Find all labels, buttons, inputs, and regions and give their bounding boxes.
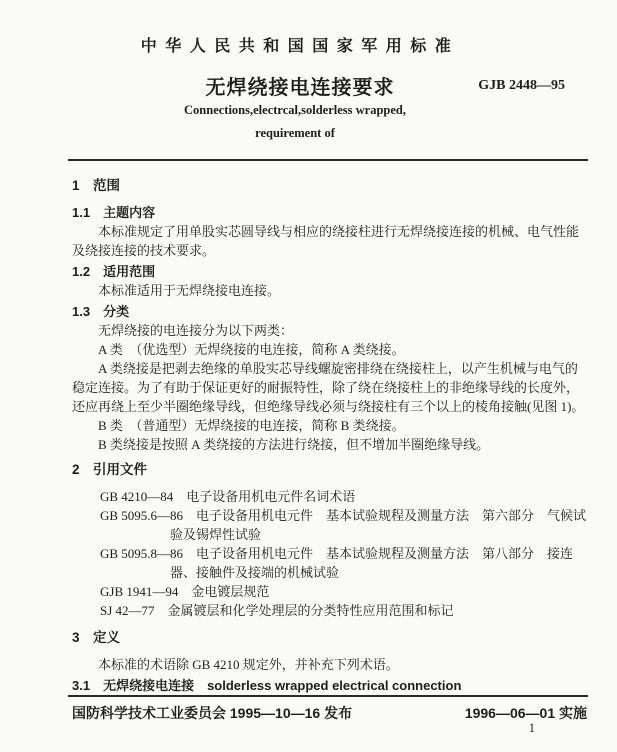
class-a-description: A 类绕接是把剥去绝缘的单股实芯导线螺旋密排绕在绕接柱上，以产生机械与电气的稳定… xyxy=(72,359,589,416)
document-footer: 国防科学技术工业委员会 1995—10—16 发布 1996—06—01 实施 xyxy=(72,703,587,723)
reference-item: GB 4210—84 电子设备用机电元件名词术语 xyxy=(100,487,589,506)
section-1-2-heading: 1.2 适用范围 xyxy=(72,262,589,281)
section-1-1-heading: 1.1 主题内容 xyxy=(72,203,589,222)
section-1-2-paragraph: 本标准适用于无焊绕接电连接。 xyxy=(72,281,589,300)
section-3-intro: 本标准的术语除 GB 4210 规定外，并补充下列术语。 xyxy=(72,655,589,674)
english-subtitle-line2: requirement of xyxy=(0,126,590,141)
section-3-1-term: 3.1 无焊绕接电连接 solderless wrapped electrica… xyxy=(72,676,589,695)
section-3-heading: 3 定义 xyxy=(72,628,589,647)
reference-item: GJB 1941—94 金电镀层规范 xyxy=(100,582,589,601)
section-1-3-heading: 1.3 分类 xyxy=(72,302,589,321)
issued-by-and-date: 国防科学技术工业委员会 1995—10—16 发布 xyxy=(72,703,352,723)
section-scope: 1 范围 1.1 主题内容 本标准规定了用单股实芯圆导线与相应的绕接柱进行无焊绕… xyxy=(72,176,589,454)
section-definitions: 3 定义 本标准的术语除 GB 4210 规定外，并补充下列术语。 3.1 无焊… xyxy=(72,628,589,695)
footer-divider xyxy=(68,695,588,697)
section-2-heading: 2 引用文件 xyxy=(72,460,589,479)
reference-list: GB 4210—84 电子设备用机电元件名词术语 GB 5095.6—86 电子… xyxy=(100,487,589,620)
section-references: 2 引用文件 GB 4210—84 电子设备用机电元件名词术语 GB 5095.… xyxy=(72,460,589,620)
class-a-label: A 类 （优选型）无焊绕接的电连接，简称 A 类绕接。 xyxy=(72,340,589,359)
class-b-description: B 类绕接是按照 A 类绕接的方法进行绕接，但不增加半圈绝缘导线。 xyxy=(72,435,589,454)
section-1-3-intro: 无焊绕接的电连接分为以下两类： xyxy=(72,321,589,340)
standard-number: GJB 2448—95 xyxy=(478,78,565,94)
english-subtitle-line1: Connections,electrcal,solderless wrapped… xyxy=(0,103,590,118)
page-number: 1 xyxy=(529,721,535,736)
standard-class-heading: 中华人民共和国国家军用标准 xyxy=(0,33,600,56)
effective-date: 1996—06—01 实施 xyxy=(465,703,587,723)
reference-item: GB 5095.8—86 电子设备用机电元件 基本试验规程及测量方法 第八部分 … xyxy=(100,544,589,582)
reference-item: SJ 42—77 金属镀层和化学处理层的分类特性应用范围和标记 xyxy=(100,601,589,620)
section-1-1-paragraph: 本标准规定了用单股实芯圆导线与相应的绕接柱进行无焊绕接连接的机械、电气性能及绕接… xyxy=(72,222,589,260)
document-page: 中华人民共和国国家军用标准 无焊绕接电连接要求 GJB 2448—95 Conn… xyxy=(0,0,617,752)
reference-item: GB 5095.6—86 电子设备用机电元件 基本试验规程及测量方法 第六部分 … xyxy=(100,506,589,544)
header-divider xyxy=(68,159,588,161)
section-1-heading: 1 范围 xyxy=(72,176,589,195)
class-b-label: B 类 （普通型）无焊绕接的电连接，简称 B 类绕接。 xyxy=(72,416,589,435)
